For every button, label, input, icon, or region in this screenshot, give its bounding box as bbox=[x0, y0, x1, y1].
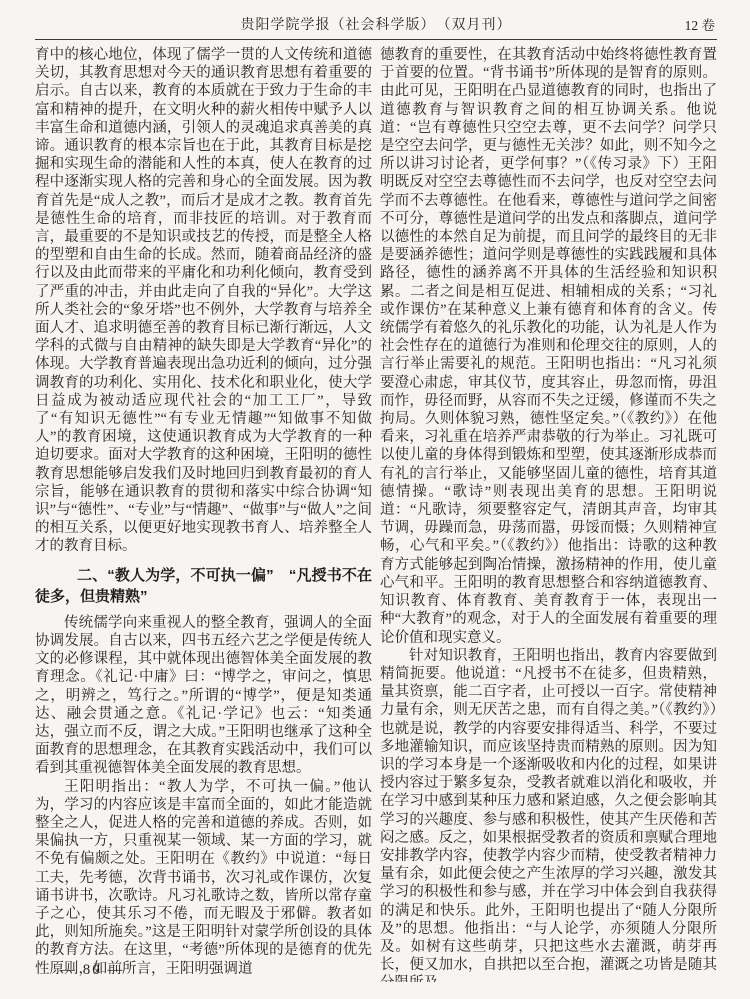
article-body: 育中的核心地位，体现了儒学一贯的人文传统和道德关切，其教育思想对今天的通识教育思… bbox=[35, 46, 717, 982]
section-heading: 二、“教人为学，不可执一偏” “凡授书不在徒多，但贵精熟” bbox=[35, 565, 372, 607]
body-paragraph: 传统儒学向来重视人的整全教育，强调人的全面协调发展。自古以来，四书五经六艺之学便… bbox=[35, 614, 372, 778]
body-paragraph: 育中的核心地位，体现了儒学一贯的人文传统和道德关切，其教育思想对今天的通识教育思… bbox=[35, 46, 372, 556]
right-column: 德教育的重要性，在其教育活动中始终将德性教育置于首要的位置。“背书诵书”所体现的… bbox=[380, 46, 717, 982]
header-rule bbox=[35, 39, 717, 40]
journal-title: 贵阳学院学报（社会科学版） （双月刊） bbox=[35, 14, 717, 34]
page-number: — 80 — bbox=[60, 962, 125, 978]
body-paragraph: 针对知识教育，王阳明也指出，教育内容要做到精简扼要。他说道：“凡授书不在徒多，但… bbox=[380, 647, 717, 982]
volume-label: 12 卷 bbox=[685, 14, 715, 34]
journal-page: 贵阳学院学报（社会科学版） （双月刊） 12 卷 育中的核心地位，体现了儒学一贯… bbox=[0, 0, 750, 999]
body-paragraph: 德教育的重要性，在其教育活动中始终将德性教育置于首要的位置。“背书诵书”所体现的… bbox=[380, 46, 717, 647]
body-paragraph: 王阳明指出：“教人为学，不可执一偏。”他认为，学习的内容应该是丰富而全面的，如此… bbox=[35, 778, 372, 978]
page-footer: — 80 — bbox=[60, 962, 125, 979]
page-header: 贵阳学院学报（社会科学版） （双月刊） 12 卷 bbox=[35, 0, 717, 40]
left-column: 育中的核心地位，体现了儒学一贯的人文传统和道德关切，其教育思想对今天的通识教育思… bbox=[35, 46, 372, 982]
